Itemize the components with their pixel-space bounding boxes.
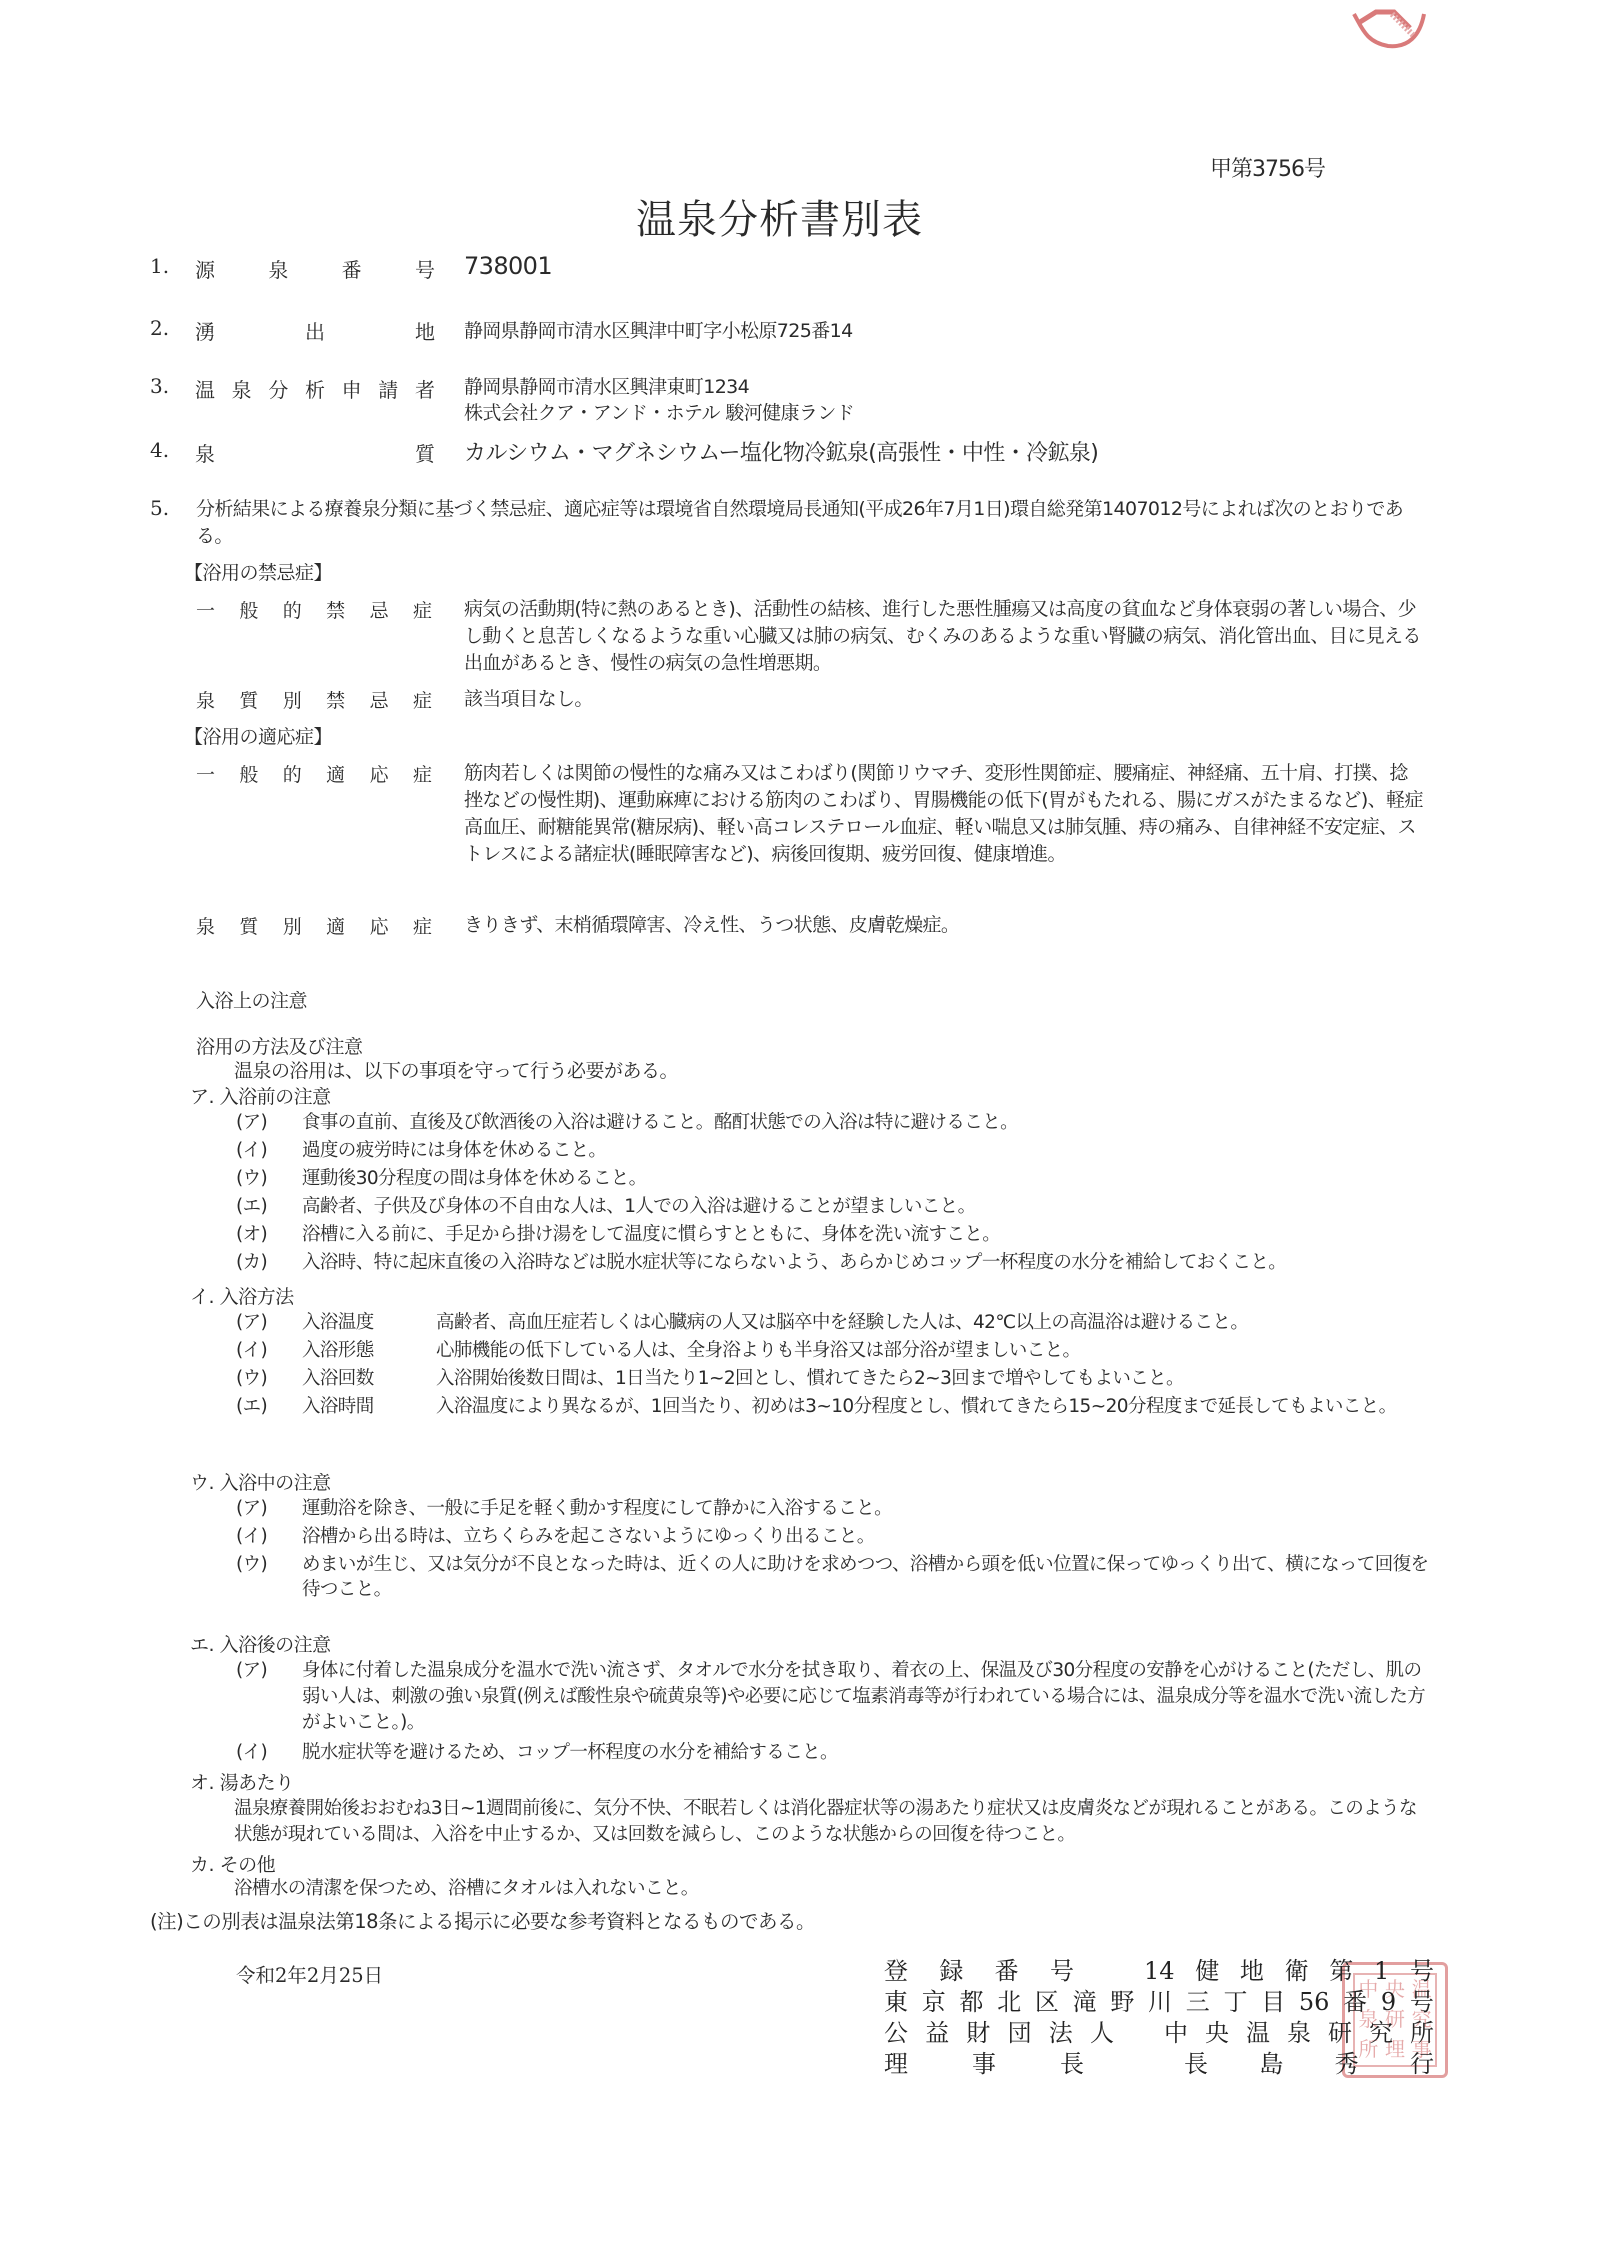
char: 地 xyxy=(1240,1956,1264,1987)
item-text: 浴槽から出る時は、立ちくらみを起こさないようにゆっくり出ること。 xyxy=(302,1524,1432,1549)
label-char: 泉 xyxy=(195,438,215,467)
char: 登 xyxy=(884,1956,908,1987)
item-text: 身体に付着した温泉成分を温水で洗い流さず、タオルで水分を拭き取り、着衣の上、保温… xyxy=(302,1658,1432,1736)
label-char: 般 xyxy=(239,760,258,787)
label-char: 温 xyxy=(195,374,215,403)
general-indications-text: 筋肉若しくは関節の慢性的な痛み又はこわばり(関節リウマチ、変形性関節症、腰痛症、… xyxy=(464,760,1424,868)
char: 央 xyxy=(1205,2018,1229,2049)
specific-contraindications-text: 該当項目なし。 xyxy=(464,686,1424,713)
label-char: 別 xyxy=(283,686,302,713)
item-text: 入浴温度により異なるが、1回当たり、初めは3~10分程度とし、慣れてきたら15~… xyxy=(436,1394,1426,1419)
label-char: 症 xyxy=(413,912,432,939)
item-mark: (ア) xyxy=(236,1658,267,1684)
label-char: 請 xyxy=(378,374,398,403)
issuer-block: 登 録 番 号 14 健 地 衛 第 1 号 東 京 都 北 区 滝 野 川 三… xyxy=(884,1956,1434,2080)
char: 京 xyxy=(922,1987,946,2018)
field-number: 3. xyxy=(150,374,169,398)
item-text: 浴槽に入る前に、手足から掛け湯をして温度に慣らすとともに、身体を洗い流すこと。 xyxy=(302,1222,1432,1247)
char: 健 xyxy=(1195,1956,1219,1987)
label-char: 質 xyxy=(415,438,435,467)
char: 番 xyxy=(995,1956,1019,1987)
char: 温 xyxy=(1246,2018,1270,2049)
source-location-value: 静岡県静岡市清水区興津中町字小松原725番14 xyxy=(464,316,853,343)
signatory-name: 長 島 秀 行 xyxy=(1184,2049,1434,2080)
item-text: 高齢者、子供及び身体の不自由な人は、1人での入浴は避けることが望ましいこと。 xyxy=(302,1194,1432,1219)
label-char: 泉 xyxy=(196,686,215,713)
label-char: 応 xyxy=(370,912,389,939)
field-number: 4. xyxy=(150,438,169,462)
item-mark: (イ) xyxy=(236,1338,267,1363)
spring-quality-value: カルシウム・マグネシウムー塩化物冷鉱泉(高張性・中性・冷鉱泉) xyxy=(464,436,1098,467)
char: 泉 xyxy=(1287,2018,1311,2049)
label-char: 忌 xyxy=(370,686,389,713)
issue-date: 令和2年2月25日 xyxy=(236,1960,383,1988)
label-char: 分 xyxy=(268,374,288,403)
field-number: 1. xyxy=(150,254,169,278)
field-label: 泉 質 xyxy=(195,438,435,467)
spring-number-value: 738001 xyxy=(464,252,552,280)
char: 14 xyxy=(1144,1956,1175,1987)
registration-number-line: 登 録 番 号 14 健 地 衛 第 1 号 xyxy=(884,1956,1434,1987)
item-name: 入浴形態 xyxy=(302,1338,374,1363)
char: 号 xyxy=(1410,1987,1434,2018)
label-char: 応 xyxy=(370,760,389,787)
item-mark: (ウ) xyxy=(236,1166,267,1191)
char: 区 xyxy=(1035,1987,1059,2018)
char: 行 xyxy=(1410,2049,1434,2080)
label-char: 番 xyxy=(342,254,362,283)
document-number: 甲第3756号 xyxy=(1210,152,1325,183)
char: 都 xyxy=(959,1987,983,2018)
signatory-line: 理 事 長 長 島 秀 行 xyxy=(884,2049,1434,2080)
label-char: 一 xyxy=(196,760,215,787)
label-char: 的 xyxy=(283,596,302,623)
char: 衛 xyxy=(1285,1956,1309,1987)
specific-indications-label: 泉 質 別 適 応 症 xyxy=(196,912,432,939)
item-mark: (ア) xyxy=(236,1496,267,1521)
char: 56 xyxy=(1299,1987,1330,2018)
before-bathing-title: ア. 入浴前の注意 xyxy=(190,1082,331,1109)
item-text: 運動後30分程度の間は身体を休めること。 xyxy=(302,1166,1432,1191)
cautions-lead: 温泉の浴用は、以下の事項を守って行う必要がある。 xyxy=(234,1056,678,1083)
char: 財 xyxy=(966,2018,990,2049)
char: 番 xyxy=(1343,1987,1367,2018)
label-char: 適 xyxy=(326,912,345,939)
char: 号 xyxy=(1410,1956,1434,1987)
item-mark: (ウ) xyxy=(236,1366,267,1391)
label-char: 禁 xyxy=(326,686,345,713)
label-char: 的 xyxy=(283,760,302,787)
item-mark: (エ) xyxy=(236,1194,267,1219)
label-char: 者 xyxy=(415,374,435,403)
item-text: 高齢者、高血圧症若しくは心臓病の人又は脳卒中を経験した人は、42℃以上の高温浴は… xyxy=(436,1310,1426,1335)
char: 所 xyxy=(1410,2018,1434,2049)
label-char: 質 xyxy=(239,686,258,713)
yuatari-title: オ. 湯あたり xyxy=(190,1768,294,1795)
item-mark: (ウ) xyxy=(236,1552,267,1577)
char: 号 xyxy=(1050,1956,1074,1987)
indications-heading: 【浴用の適応症】 xyxy=(184,722,332,749)
item-text: 過度の疲労時には身体を休めること。 xyxy=(302,1138,1432,1163)
item-mark: (イ) xyxy=(236,1740,267,1765)
char: 東 xyxy=(884,1987,908,2018)
label-char: 泉 xyxy=(196,912,215,939)
char: 野 xyxy=(1110,1987,1134,2018)
item-text: めまいが生じ、又は気分が不良となった時は、近くの人に助けを求めつつ、浴槽から頭を… xyxy=(302,1552,1432,1602)
label-char: 源 xyxy=(195,254,215,283)
label-char: 出 xyxy=(305,316,325,345)
page-title: 温泉分析書別表 xyxy=(636,188,923,245)
label-char: 泉 xyxy=(268,254,288,283)
char: 研 xyxy=(1328,2018,1352,2049)
other-text: 浴槽水の清潔を保つため、浴槽にタオルは入れないこと。 xyxy=(234,1876,1434,1902)
specific-contraindications-label: 泉 質 別 禁 忌 症 xyxy=(196,686,432,713)
organization-line: 公 益 財 団 法 人 中 央 温 泉 研 究 所 xyxy=(884,2018,1434,2049)
applicant-address: 静岡県静岡市清水区興津東町1234 xyxy=(464,374,749,400)
item-mark: (オ) xyxy=(236,1222,267,1247)
field-label: 源 泉 番 号 xyxy=(195,254,435,283)
applicant-name: 株式会社クア・アンド・ホテル 駿河健康ランド xyxy=(464,400,854,426)
item-text: 運動浴を除き、一般に手足を軽く動かす程度にして静かに入浴すること。 xyxy=(302,1496,1432,1521)
item-mark: (ア) xyxy=(236,1110,267,1135)
char: 長 xyxy=(1060,2049,1084,2080)
item-text: 入浴時、特に起床直後の入浴時などは脱水症状等にならないよう、あらかじめコップ一杯… xyxy=(302,1250,1432,1275)
item-mark: (イ) xyxy=(236,1138,267,1163)
char: 三 xyxy=(1186,1987,1210,2018)
label-char: 申 xyxy=(342,374,362,403)
item-mark: (イ) xyxy=(236,1524,267,1549)
label-char: 号 xyxy=(415,254,435,283)
yuatari-text: 温泉療養開始後おおむね3日~1週間前後に、気分不快、不眠若しくは消化器症状等の湯… xyxy=(234,1796,1434,1848)
organization-type: 公 益 財 団 法 人 xyxy=(884,2018,1114,2049)
field-number: 2. xyxy=(150,316,169,340)
during-bathing-title: ウ. 入浴中の注意 xyxy=(190,1468,331,1495)
footnote: (注)この別表は温泉法第18条による掲示に必要な参考資料となるものである。 xyxy=(150,1906,815,1934)
label-char: 地 xyxy=(415,316,435,345)
char: 益 xyxy=(925,2018,949,2049)
char: 法 xyxy=(1049,2018,1073,2049)
bathing-method-title: イ. 入浴方法 xyxy=(190,1282,294,1309)
registration-label: 登 録 番 号 xyxy=(884,1956,1074,1987)
field-label: 温 泉 分 析 申 請 者 xyxy=(195,374,435,403)
char: 目 xyxy=(1261,1987,1285,2018)
char: 中 xyxy=(1164,2018,1188,2049)
cautions-subheading: 浴用の方法及び注意 xyxy=(196,1032,363,1059)
item-text: 脱水症状等を避けるため、コップ一杯程度の水分を補給すること。 xyxy=(302,1740,1432,1765)
cautions-heading: 入浴上の注意 xyxy=(196,986,307,1013)
item-name: 入浴回数 xyxy=(302,1366,374,1391)
label-char: 忌 xyxy=(370,596,389,623)
other-title: カ. その他 xyxy=(190,1850,275,1877)
char: 1 xyxy=(1374,1956,1389,1987)
item-text: 心肺機能の低下している人は、全身浴よりも半身浴又は部分浴が望ましいこと。 xyxy=(436,1338,1426,1363)
char: 団 xyxy=(1008,2018,1032,2049)
address-line: 東 京 都 北 区 滝 野 川 三 丁 目 56 番 9 号 xyxy=(884,1987,1434,2018)
label-char: 般 xyxy=(239,596,258,623)
item-mark: (エ) xyxy=(236,1394,267,1419)
signatory-title: 理 事 長 xyxy=(884,2049,1084,2080)
item-text: 食事の直前、直後及び飲酒後の入浴は避けること。酩酊状態での入浴は特に避けること。 xyxy=(302,1110,1432,1135)
char: 人 xyxy=(1090,2018,1114,2049)
char: 公 xyxy=(884,2018,908,2049)
label-char: 質 xyxy=(239,912,258,939)
char: 長 xyxy=(1184,2049,1208,2080)
label-char: 症 xyxy=(413,760,432,787)
char: 究 xyxy=(1369,2018,1393,2049)
char: 丁 xyxy=(1223,1987,1247,2018)
label-char: 適 xyxy=(326,760,345,787)
label-char: 症 xyxy=(413,596,432,623)
item-mark: (ア) xyxy=(236,1310,267,1335)
general-indications-label: 一 般 的 適 応 症 xyxy=(196,760,432,787)
general-contraindications-text: 病気の活動期(特に熱のあるとき)、活動性の結核、進行した悪性腫瘍又は高度の貧血な… xyxy=(464,596,1424,677)
specific-indications-text: きりきず、末梢循環障害、冷え性、うつ状態、皮膚乾燥症。 xyxy=(464,912,1424,939)
label-char: 湧 xyxy=(195,316,215,345)
after-bathing-title: エ. 入浴後の注意 xyxy=(190,1630,331,1657)
char: 録 xyxy=(939,1956,963,1987)
char: 事 xyxy=(972,2049,996,2080)
label-char: 析 xyxy=(305,374,325,403)
label-char: 禁 xyxy=(326,596,345,623)
char: 9 xyxy=(1381,1987,1396,2018)
section-5-intro: 分析結果による療養泉分類に基づく禁忌症、適応症等は環境省自然環境局長通知(平成2… xyxy=(196,496,1436,550)
contraindications-heading: 【浴用の禁忌症】 xyxy=(184,558,332,585)
label-char: 一 xyxy=(196,596,215,623)
char: 北 xyxy=(997,1987,1021,2018)
field-label: 湧 出 地 xyxy=(195,316,435,345)
item-name: 入浴温度 xyxy=(302,1310,374,1335)
char: 理 xyxy=(884,2049,908,2080)
char: 第 xyxy=(1329,1956,1353,1987)
general-contraindications-label: 一 般 的 禁 忌 症 xyxy=(196,596,432,623)
item-text: 入浴開始後数日間は、1日当たり1~2回とし、慣れてきたら2~3回まで増やしてもよ… xyxy=(436,1366,1426,1391)
corner-seal-icon xyxy=(1348,8,1430,52)
item-name: 入浴時間 xyxy=(302,1394,374,1419)
section-number: 5. xyxy=(150,496,169,520)
char: 秀 xyxy=(1335,2049,1359,2080)
item-mark: (カ) xyxy=(236,1250,267,1275)
label-char: 泉 xyxy=(232,374,252,403)
char: 川 xyxy=(1148,1987,1172,2018)
registration-value: 14 健 地 衛 第 1 号 xyxy=(1144,1956,1434,1987)
label-char: 別 xyxy=(283,912,302,939)
label-char: 症 xyxy=(413,686,432,713)
organization-name: 中 央 温 泉 研 究 所 xyxy=(1164,2018,1434,2049)
char: 島 xyxy=(1259,2049,1283,2080)
char: 滝 xyxy=(1073,1987,1097,2018)
